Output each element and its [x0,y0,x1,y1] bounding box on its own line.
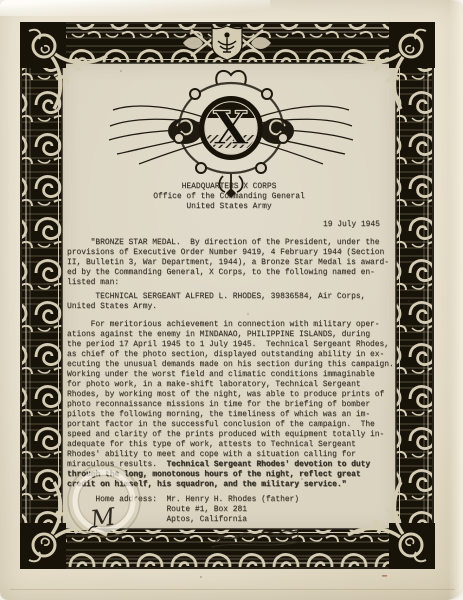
letterhead: HEADQUARTERS X CORPS Office of the Comma… [62,182,396,212]
citation-line: "BRONZE STAR MEDAL. By direction of the … [67,238,389,248]
org-name: HEADQUARTERS X CORPS [62,182,396,192]
org-office: Office of the Commanding General [62,192,396,202]
citation-line: credit on himself, his squadron, and the… [67,480,394,490]
citation-line: TECHNICAL SERGEANT ALFRED L. RHODES, 398… [67,292,365,302]
citation-line: Rhodes, by working most of the night, wa… [67,390,394,400]
citation-text-bold: Technical Sergeant Rhodes' devotion to d… [166,460,370,469]
home-address-block: Home address: Mr. Henry H. Rhodes (fathe… [67,495,299,525]
citation-line: photo reconnaissance missions in time fo… [67,400,394,410]
citation-line: Working under the worst field and climat… [67,370,394,380]
citation-line: pilots the following morning, the timeli… [67,410,394,420]
citation-line: for photo work, in a make-shift laborato… [67,380,394,390]
citation-line: II, Bulletin 3, War Department, 1944), a… [67,258,389,268]
home-address-line: Aptos, California [67,515,299,525]
citation-line: ations against the enemy in MINDANAO, PH… [67,330,394,340]
citation-line: Rhodes' ability to meet and cope with a … [67,450,394,460]
home-address-line: Route #1, Box 281 [67,505,299,515]
citation-line: adequate for this type of work, attests … [67,440,394,450]
citation-paragraph-award: "BRONZE STAR MEDAL. By direction of the … [67,238,389,288]
citation-line: as chief of the photo section, displayed… [67,350,394,360]
citation-line: through the long, monotonous hours of th… [67,470,394,480]
citation-line: United States Army. [67,302,365,312]
citation-line: provisions of Executive Order Number 941… [67,248,389,258]
citation-line: the period 17 April 1945 to 1 July 1945.… [67,340,394,350]
citation-text: miraculous results. [67,460,166,469]
certificate-text: HEADQUARTERS X CORPS Office of the Comma… [0,0,463,600]
photograph: HEADQUARTERS X CORPS Office of the Comma… [0,0,463,600]
citation-paragraph-recipient: TECHNICAL SERGEANT ALFRED L. RHODES, 398… [67,292,365,312]
citation-line: For meritorious achievement in connectio… [67,320,394,330]
home-address-line: Home address: Mr. Henry H. Rhodes (fathe… [67,495,299,505]
citation-line: speed and clarity of the prints produced… [67,430,394,440]
date: 19 July 1945 [323,220,380,230]
citation-paragraph-achievement: For meritorious achievement in connectio… [67,320,394,490]
citation-line: portant factor in the successful conclus… [67,420,394,430]
citation-line: ecuting the unusual demands made on his … [67,360,394,370]
citation-line: listed man: [67,278,389,288]
citation-line: ed by the Commanding General, X Corps, t… [67,268,389,278]
org-branch: United States Army [62,202,396,212]
citation-line-mixed: miraculous results. Technical Sergeant R… [67,460,394,470]
